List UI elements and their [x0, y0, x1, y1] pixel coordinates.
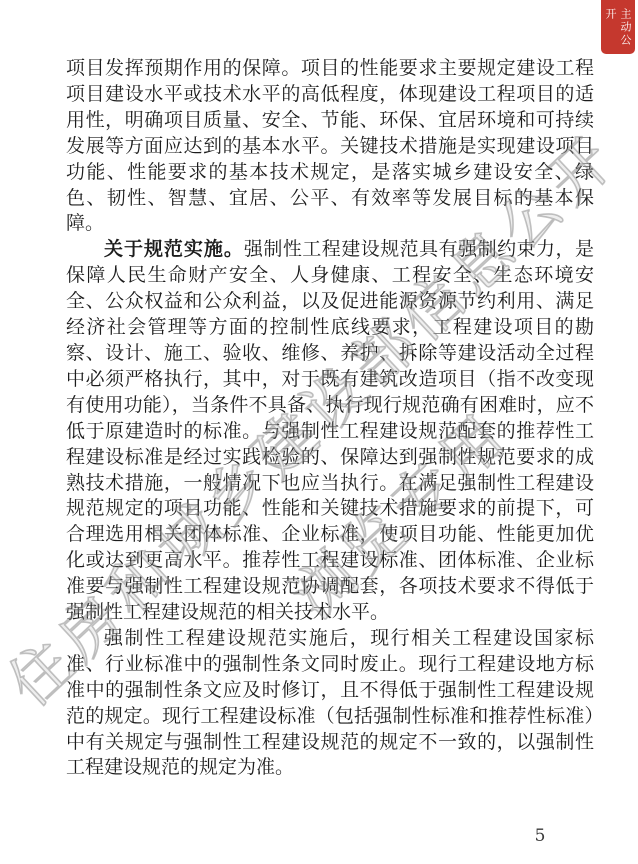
disclosure-seal-text: 主动公开: [603, 8, 633, 48]
paragraph-3: 强制性工程建设规范实施后，现行相关工程建设国家标准、行业标准中的强制性条文同时废…: [66, 626, 594, 781]
document-page: 项目发挥预期作用的保障。项目的性能要求主要规定建设工程项目建设水平或技术水平的高…: [0, 0, 638, 864]
page-number: 5: [528, 826, 552, 846]
paragraph-3-text: 强制性工程建设规范实施后，现行相关工程建设国家标准、行业标准中的强制性条文同时废…: [66, 627, 594, 779]
paragraph-1-text: 项目发挥预期作用的保障。项目的性能要求主要规定建设工程项目建设水平或技术水平的高…: [66, 57, 594, 234]
disclosure-seal: 主动公开: [601, 0, 635, 54]
paragraph-1: 项目发挥预期作用的保障。项目的性能要求主要规定建设工程项目建设水平或技术水平的高…: [66, 56, 594, 237]
paragraph-2-lead: 关于规范实施。: [104, 238, 244, 260]
body-text: 项目发挥预期作用的保障。项目的性能要求主要规定建设工程项目建设水平或技术水平的高…: [66, 56, 594, 781]
paragraph-2-text: 强制性工程建设规范具有强制约束力，是保障人民生命财产安全、人身健康、工程安全、生…: [66, 238, 594, 623]
paragraph-2: 关于规范实施。强制性工程建设规范具有强制约束力，是保障人民生命财产安全、人身健康…: [66, 237, 594, 626]
